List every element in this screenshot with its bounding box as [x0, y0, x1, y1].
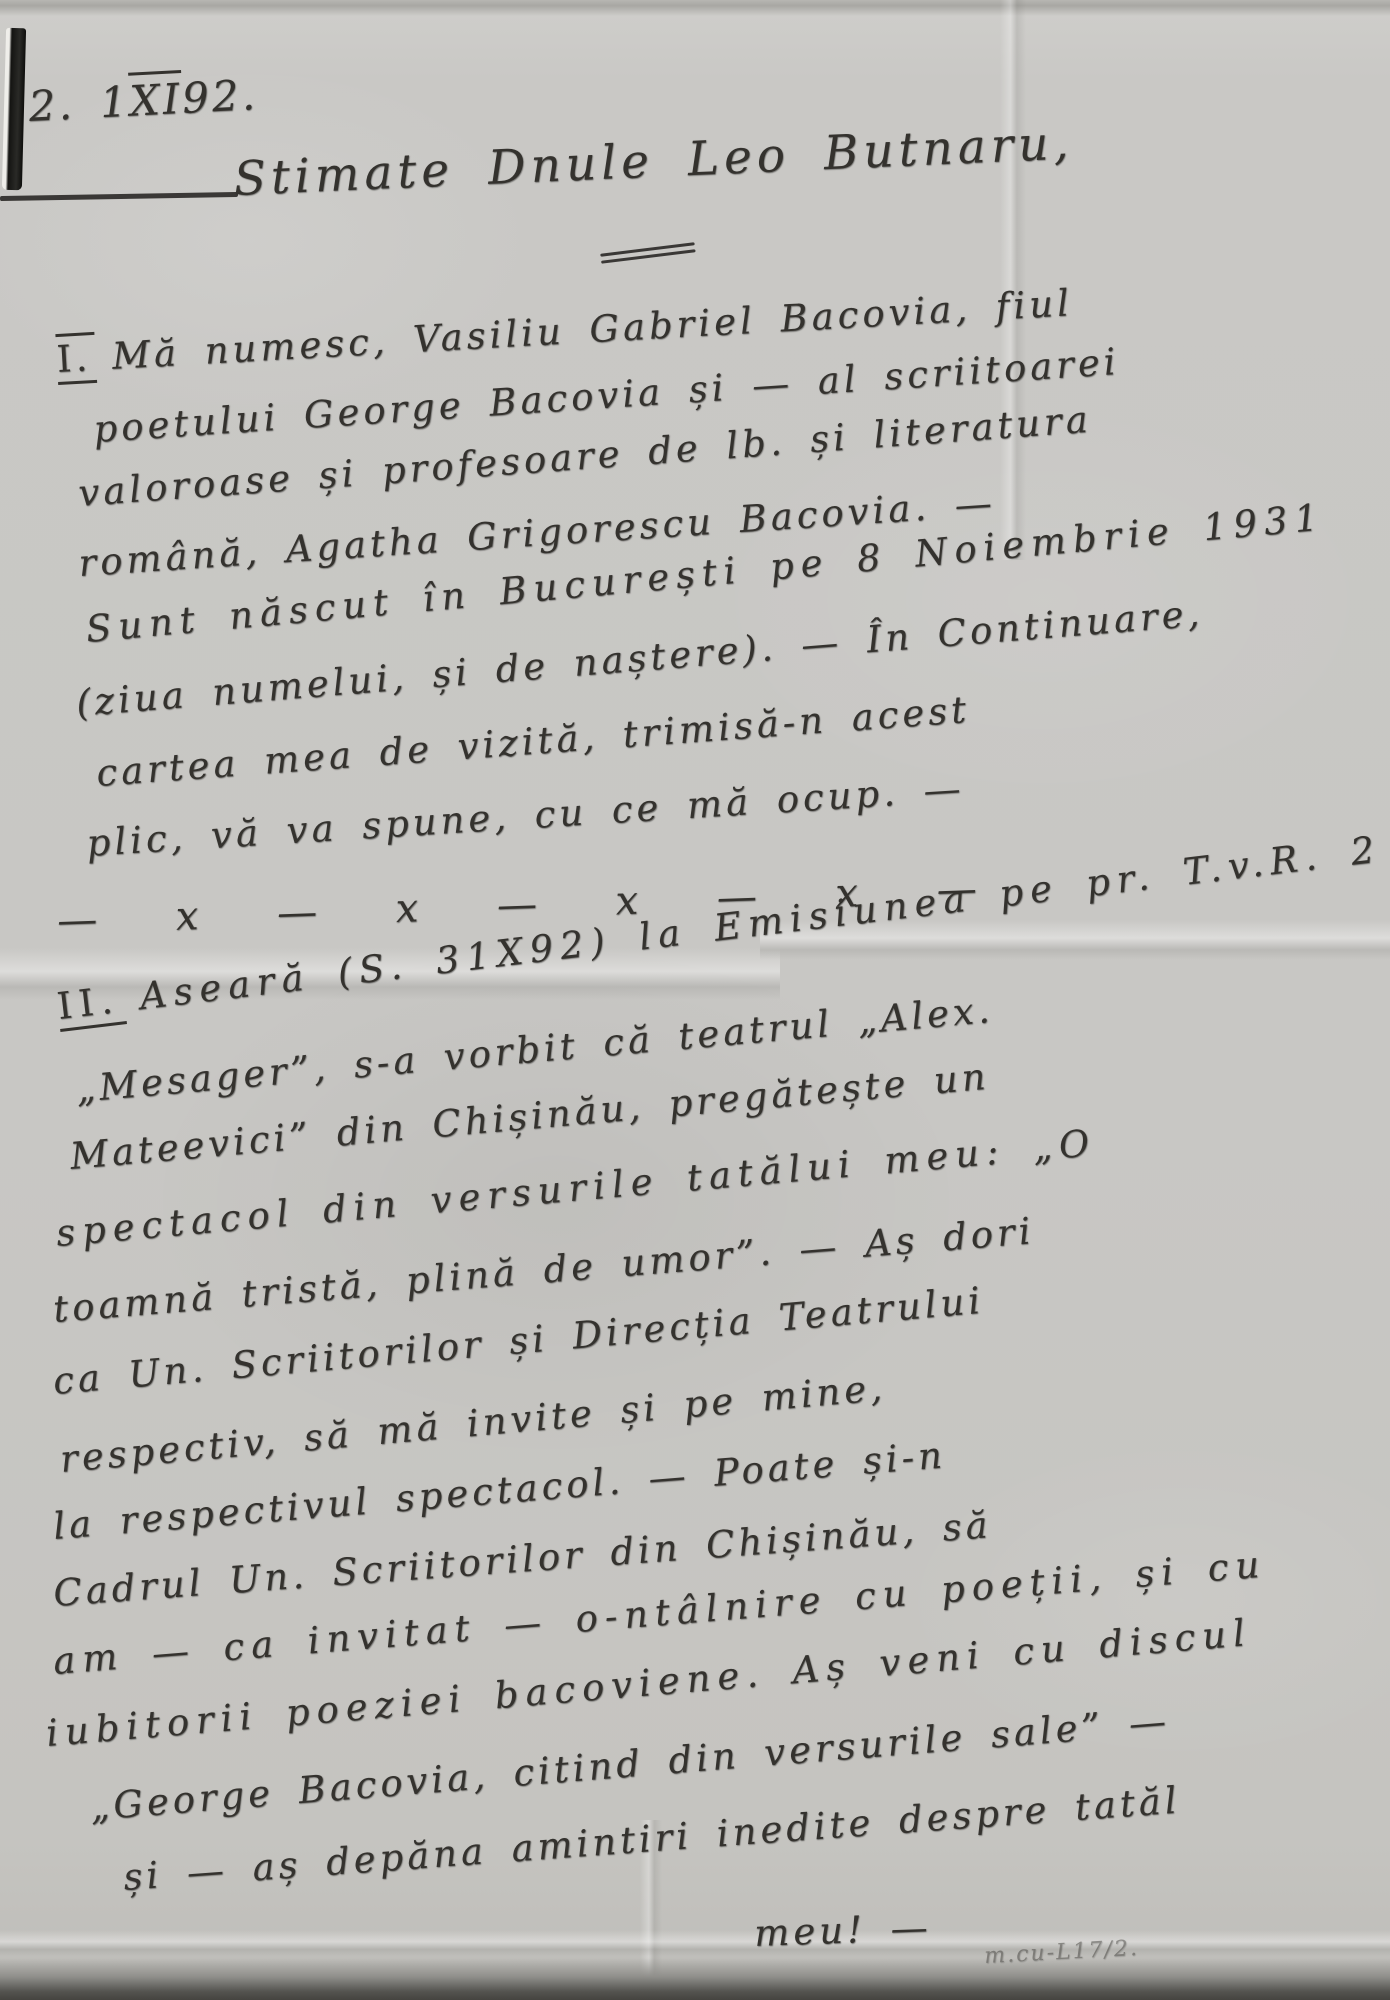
date-month: XI	[128, 70, 183, 126]
scan-bottom-shadow	[0, 1958, 1390, 2000]
letter-page: 2. 1XI92. Stimate Dnule Leo Butnaru, I.M…	[0, 0, 1390, 2000]
section-1-numeral: I.	[55, 332, 97, 385]
section-2-numeral: II.	[55, 977, 127, 1032]
letter-line: meu! —	[753, 1906, 932, 1955]
scanner-clip	[2, 28, 26, 190]
date-underline	[0, 192, 238, 201]
fold-crease-bottom	[0, 1930, 1390, 1956]
date-suffix: 92.	[181, 70, 259, 123]
fold-crease-vertical-top	[1000, 0, 1026, 560]
date-line: 2. 1XI92.	[27, 70, 259, 131]
salutation-underline	[600, 242, 695, 257]
salutation: Stimate Dnule Leo Butnaru,	[233, 115, 1075, 207]
date-prefix: 2. 1	[27, 77, 131, 131]
scan-top-edge	[0, 0, 1390, 16]
